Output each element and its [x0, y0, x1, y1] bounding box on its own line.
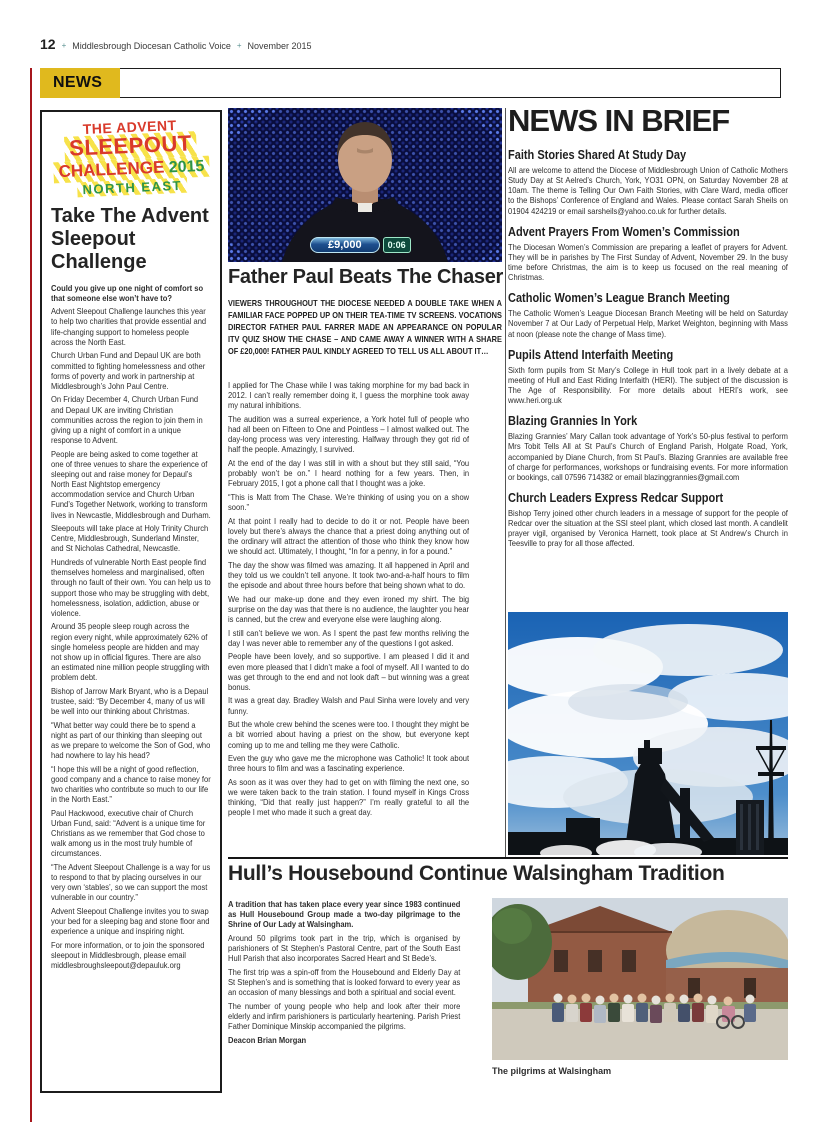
- paragraph: “I hope this will be a night of good ref…: [51, 764, 211, 805]
- paragraph-list: Advent Sleepout Challenge launches this …: [51, 306, 211, 970]
- brief-item: Pupils Attend Interfaith MeetingSixth fo…: [508, 348, 788, 406]
- standfirst-father-paul: VIEWERS THROUGHOUT THE DIOCESE NEEDED A …: [228, 298, 502, 358]
- brief-body: Sixth form pupils from St Mary’s College…: [508, 365, 788, 406]
- paragraph: The first trip was a spin-off from the H…: [228, 967, 460, 997]
- brief-body: The Catholic Women’s League Diocesan Bra…: [508, 308, 788, 338]
- paragraph: “This is Matt from The Chase. We’re thin…: [228, 492, 469, 512]
- section-label: NEWS: [40, 68, 120, 98]
- logo-line: CHALLENGE: [58, 158, 165, 182]
- photo-ssi-redcar-steel-plant: [508, 612, 788, 855]
- page-header: 12 + Middlesbrough Diocesan Catholic Voi…: [40, 36, 312, 52]
- advent-sleepout-logo: THE ADVENT SLEEPOUT CHALLENGE 2015 NORTH…: [49, 117, 212, 200]
- paragraph: Even the guy who gave me the microphone …: [228, 753, 469, 773]
- brief-item: Faith Stories Shared At Study DayAll are…: [508, 148, 788, 216]
- article-body-father-paul: I applied for The Chase while I was taki…: [228, 380, 469, 857]
- paragraph: The audition was a surreal experience, a…: [228, 414, 469, 455]
- headline-advent-sleepout: Take The Advent Sleepout Challenge: [51, 205, 211, 275]
- brief-list: Faith Stories Shared At Study DayAll are…: [508, 148, 788, 549]
- logo-year: 2015: [168, 158, 204, 177]
- brief-heading: Faith Stories Shared At Study Day: [508, 148, 788, 162]
- paragraph: At the end of the day I was still in wit…: [228, 458, 469, 488]
- standfirst: Could you give up one night of comfort s…: [51, 283, 211, 303]
- pilgrims-group-graphic: [492, 898, 788, 1060]
- article-body-walsingham: A tradition that has taken place every y…: [228, 899, 460, 1104]
- page-number: 12: [40, 36, 56, 52]
- issue-date: November 2015: [248, 41, 312, 51]
- brief-heading: Advent Prayers From Women’s Commission: [508, 225, 788, 239]
- brief-item: Blazing Grannies In YorkBlazing Grannies…: [508, 414, 788, 482]
- paragraph: Sleepouts will take place at Holy Trinit…: [51, 523, 211, 553]
- masthead: Middlesbrough Diocesan Catholic Voice: [72, 41, 231, 51]
- paragraph: For more information, or to join the spo…: [51, 940, 211, 970]
- column-divider: [505, 108, 506, 857]
- newspaper-page: 12 + Middlesbrough Diocesan Catholic Voi…: [0, 0, 819, 1133]
- brief-heading: Pupils Attend Interfaith Meeting: [508, 348, 788, 362]
- countdown-timer: 0:06: [383, 237, 411, 253]
- paragraph: People have been lovely, and so supporti…: [228, 651, 469, 692]
- brief-heading: Catholic Women’s League Branch Meeting: [508, 291, 788, 305]
- byline: Deacon Brian Morgan: [228, 1035, 460, 1045]
- brief-heading: Blazing Grannies In York: [508, 414, 788, 428]
- paragraph: Advent Sleepout Challenge launches this …: [51, 306, 211, 347]
- logo-region: NORTH EAST: [77, 177, 187, 197]
- paragraph: People are being asked to come together …: [51, 449, 211, 520]
- paragraph: But the whole crew behind the scenes wer…: [228, 719, 469, 749]
- brief-heading: Church Leaders Express Redcar Support: [508, 491, 788, 505]
- brief-body: All are welcome to attend the Diocese of…: [508, 165, 788, 216]
- standfirst-walsingham: A tradition that has taken place every y…: [228, 899, 460, 929]
- paragraph: The day the show was filmed was amazing.…: [228, 560, 469, 590]
- paragraph: Church Urban Fund and Depaul UK are both…: [51, 350, 211, 391]
- steel-plant-graphic: [508, 612, 788, 855]
- left-margin-rule: [30, 68, 32, 1122]
- news-in-brief-title: NEWS IN BRIEF: [508, 103, 788, 139]
- article-body: Could you give up one night of comfort s…: [51, 283, 211, 971]
- paragraph: At that point I really had to decide to …: [228, 516, 469, 557]
- brief-body: Blazing Grannies’ Mary Callan took advan…: [508, 431, 788, 482]
- paragraph-list: Around 50 pilgrims took part in the trip…: [228, 933, 460, 1031]
- section-banner: NEWS: [40, 68, 781, 98]
- prize-amount: £9,000: [310, 237, 380, 253]
- brief-item: Catholic Women’s League Branch MeetingTh…: [508, 291, 788, 338]
- photo-father-paul-on-the-chase: £9,000 0:06: [228, 108, 502, 262]
- paragraph: Bishop of Jarrow Mark Bryant, who is a D…: [51, 686, 211, 716]
- section-divider: [228, 857, 788, 859]
- headline-walsingham: Hull’s Housebound Continue Walsingham Tr…: [228, 862, 788, 886]
- brief-item: Church Leaders Express Redcar SupportBis…: [508, 491, 788, 549]
- paragraph: “What better way could there be to spend…: [51, 720, 211, 761]
- paragraph: Advent Sleepout Challenge invites you to…: [51, 906, 211, 936]
- brief-item: Advent Prayers From Women’s CommissionTh…: [508, 225, 788, 283]
- brief-body: Bishop Terry joined other church leaders…: [508, 508, 788, 549]
- separator-glyph: +: [62, 41, 67, 50]
- headline-father-paul: Father Paul Beats The Chaser: [228, 266, 508, 289]
- paragraph: The number of young people who help and …: [228, 1001, 460, 1031]
- paragraph: Around 50 pilgrims took part in the trip…: [228, 933, 460, 963]
- paragraph: As soon as it was over they had to get o…: [228, 777, 469, 818]
- paragraph: I still can’t believe we won. As I spent…: [228, 628, 469, 648]
- paragraph: I applied for The Chase while I was taki…: [228, 380, 469, 410]
- standfirst-text: VIEWERS THROUGHOUT THE DIOCESE NEEDED A …: [228, 298, 502, 358]
- game-score-strip: £9,000 0:06: [310, 237, 411, 253]
- paragraph: Paul Hackwood, executive chair of Church…: [51, 808, 211, 859]
- paragraph: “The Advent Sleepout Challenge is a way …: [51, 862, 211, 903]
- paragraph: Around 35 people sleep rough across the …: [51, 621, 211, 682]
- paragraph: It was a great day. Bradley Walsh and Pa…: [228, 695, 469, 715]
- article-advent-sleepout: THE ADVENT SLEEPOUT CHALLENGE 2015 NORTH…: [40, 110, 222, 1093]
- photo-pilgrims-at-walsingham: [492, 898, 788, 1060]
- photo-caption: The pilgrims at Walsingham: [492, 1066, 611, 1076]
- paragraph: On Friday December 4, Church Urban Fund …: [51, 394, 211, 445]
- news-in-brief: NEWS IN BRIEF Faith Stories Shared At St…: [508, 103, 788, 612]
- brief-body: The Diocesan Women’s Commission are prep…: [508, 242, 788, 283]
- paragraph: Hundreds of vulnerable North East people…: [51, 557, 211, 618]
- paragraph: We had our make-up done and they even ir…: [228, 594, 469, 624]
- separator-glyph: +: [237, 41, 242, 50]
